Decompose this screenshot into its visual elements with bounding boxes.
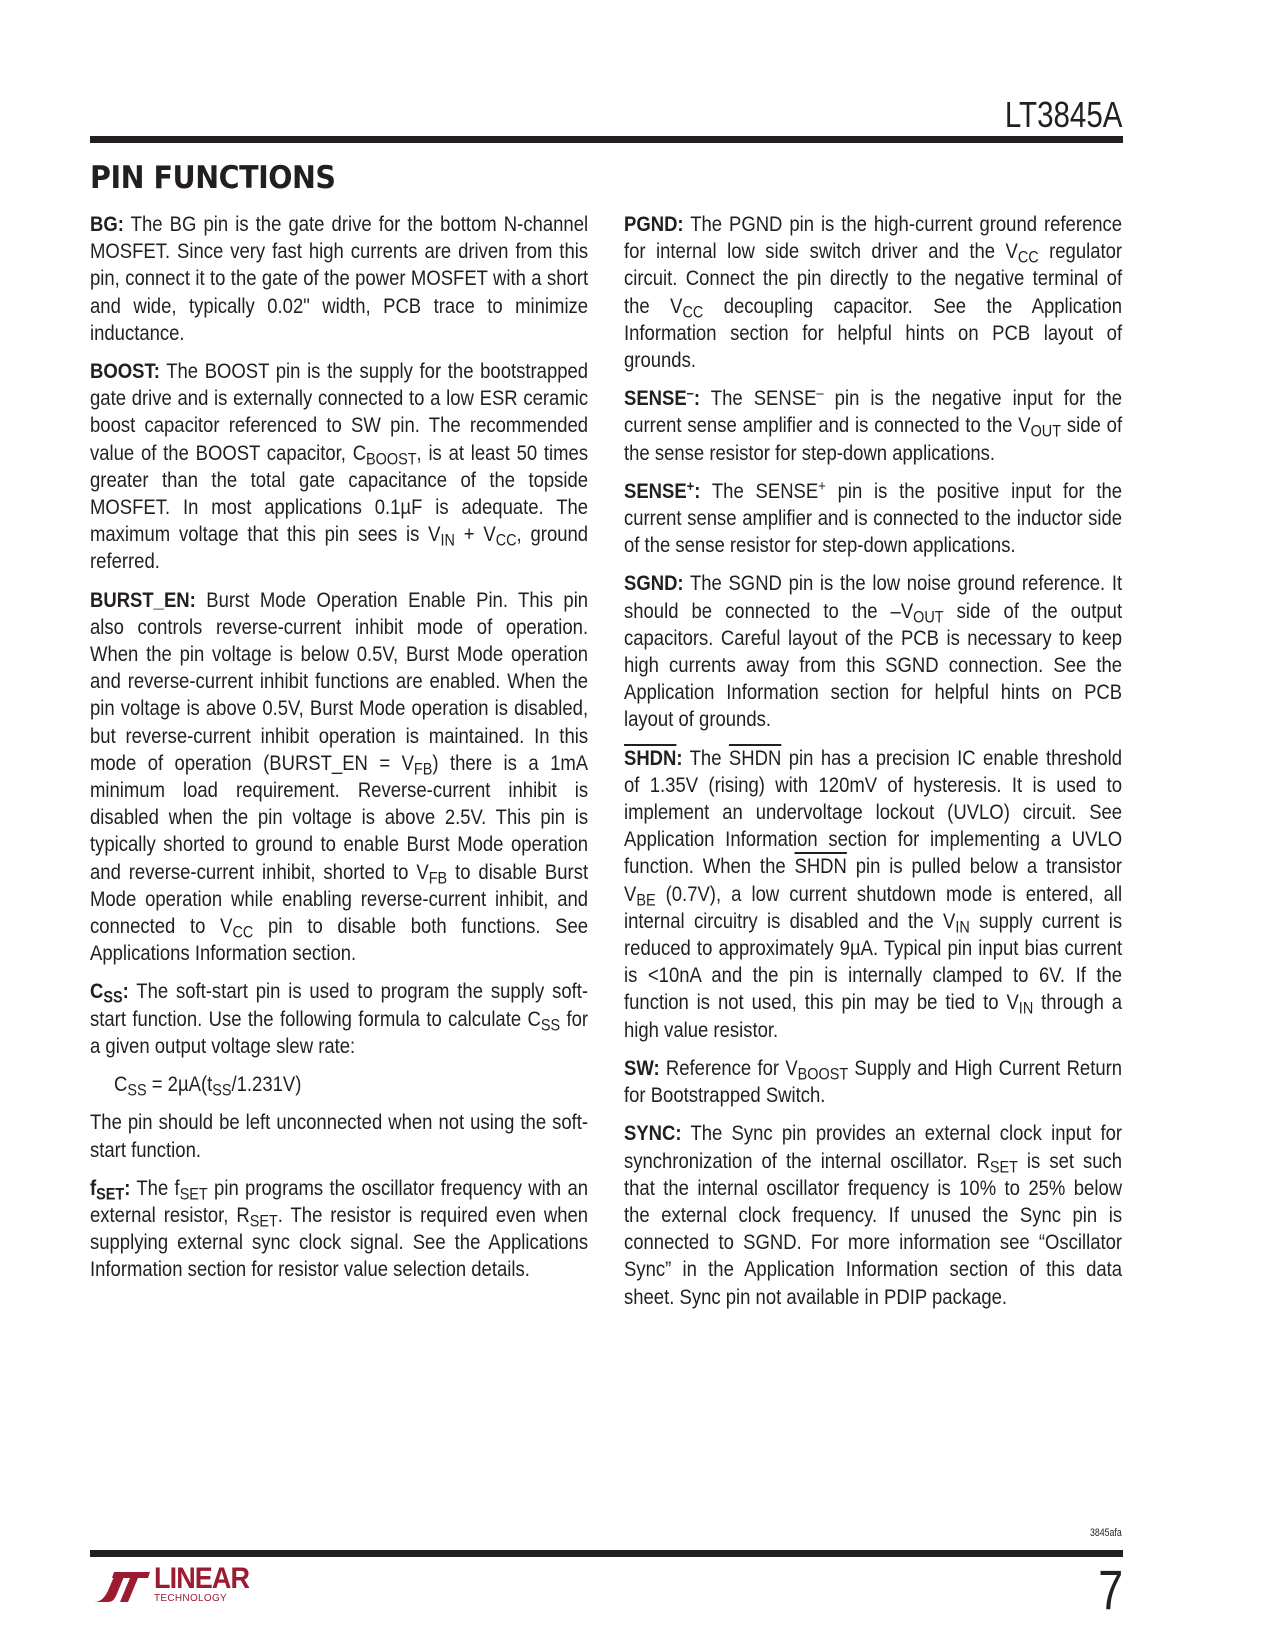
formula-part: C <box>114 1072 127 1096</box>
subscript: FB <box>429 868 447 887</box>
css-formula: CSS = 2µA(tSS/1.231V) <box>114 1071 588 1098</box>
pin-name: BG: <box>90 212 124 236</box>
pin-colon: : <box>676 746 682 770</box>
subscript: CC <box>496 531 517 550</box>
pin-text: Reference for V <box>666 1056 798 1080</box>
subscript: OUT <box>1031 422 1061 441</box>
pin-desc-bg: BG: The BG pin is the gate drive for the… <box>90 211 588 347</box>
subscript: CC <box>232 923 253 942</box>
formula-part: = 2µA(t <box>147 1072 213 1096</box>
pin-text: + V <box>455 522 496 546</box>
left-column: BG: The BG pin is the gate drive for the… <box>90 211 588 1295</box>
pin-text: The f <box>136 1176 179 1200</box>
subscript: SET <box>180 1184 208 1203</box>
header-rule <box>90 136 1123 143</box>
pin-text: The SENSE <box>711 386 817 410</box>
subscript: CC <box>682 302 703 321</box>
pin-name: fSET: <box>90 1176 130 1200</box>
subscript: SS <box>541 1015 560 1034</box>
subscript: IN <box>1019 999 1033 1018</box>
pin-text: The pin should be left unconnected when … <box>90 1110 588 1161</box>
pin-name-main: C <box>90 979 103 1003</box>
subscript: SET <box>990 1157 1018 1176</box>
pin-name: SW: <box>624 1056 660 1080</box>
subscript: BE <box>636 890 655 909</box>
lt-logo-icon <box>92 1566 152 1606</box>
pin-name: CSS: <box>90 979 129 1003</box>
pin-colon: : <box>694 479 700 503</box>
pin-name: PGND: <box>624 212 684 236</box>
pin-name: BOOST: <box>90 359 160 383</box>
pin-desc-sw: SW: Reference for VBOOST Supply and High… <box>624 1055 1122 1109</box>
page-number: 7 <box>1098 1562 1123 1618</box>
pin-desc-sense-minus: SENSE–: The SENSE– pin is the negative i… <box>624 385 1122 467</box>
pin-name: SYNC: <box>624 1121 682 1145</box>
pin-name: SGND: <box>624 571 684 595</box>
pin-text: Burst Mode Operation Enable Pin. This pi… <box>90 588 588 775</box>
pin-text: is set such that the internal oscillator… <box>624 1149 1122 1309</box>
pin-text: The SENSE <box>712 479 818 503</box>
logo-subtitle: TECHNOLOGY <box>154 1594 227 1604</box>
pin-desc-fset: fSET: The fSET pin programs the oscillat… <box>90 1175 588 1284</box>
document-id: 3845afa <box>1090 1527 1122 1539</box>
subscript: IN <box>955 918 969 937</box>
overlined-text: SHDN <box>729 746 781 770</box>
subscript: SS <box>103 988 122 1007</box>
logo-wordmark: LINEAR <box>154 1564 249 1594</box>
subscript: BOOST <box>366 449 416 468</box>
pin-name: SENSE+: <box>624 479 700 503</box>
pin-text: The BG pin is the gate drive for the bot… <box>90 212 588 345</box>
pin-desc-boost: BOOST: The BOOST pin is the supply for t… <box>90 358 588 576</box>
formula-part: /1.231V) <box>231 1072 301 1096</box>
superscript: + <box>687 478 695 495</box>
pin-colon: : <box>123 979 129 1003</box>
subscript: SET <box>250 1212 278 1231</box>
superscript: + <box>818 478 826 495</box>
subscript: CC <box>1018 248 1039 267</box>
subscript: SS <box>212 1081 231 1100</box>
pin-text: The soft-start pin is used to program th… <box>90 979 588 1030</box>
pin-name: SENSE–: <box>624 386 700 410</box>
pin-desc-sync: SYNC: The Sync pin provides an external … <box>624 1120 1122 1310</box>
pin-desc-css: CSS: The soft-start pin is used to progr… <box>90 978 588 1060</box>
pin-name-main: SHDN <box>624 746 676 770</box>
pin-desc-sgnd: SGND: The SGND pin is the low noise grou… <box>624 570 1122 733</box>
subscript: FB <box>414 760 432 779</box>
pin-name: SHDN: <box>624 746 683 770</box>
part-number: LT3845A <box>1004 94 1122 136</box>
pin-desc-shdn: SHDN: The SHDN pin has a precision IC en… <box>624 745 1122 1044</box>
subscript: SS <box>127 1081 146 1100</box>
pin-desc-pgnd: PGND: The PGND pin is the high-current g… <box>624 211 1122 374</box>
pin-name: BURST_EN: <box>90 588 196 612</box>
section-title: PIN FUNCTIONS <box>90 160 335 196</box>
subscript: SET <box>96 1184 124 1203</box>
pin-name-main: SENSE <box>624 386 687 410</box>
overlined-text: SHDN <box>794 854 846 878</box>
pin-name-main: SENSE <box>624 479 687 503</box>
subscript: IN <box>441 531 455 550</box>
subscript: BOOST <box>798 1065 848 1084</box>
linear-technology-logo: LINEAR TECHNOLOGY <box>92 1564 252 1608</box>
pin-colon: : <box>124 1176 130 1200</box>
right-column: PGND: The PGND pin is the high-current g… <box>624 211 1122 1322</box>
footer-rule <box>90 1550 1123 1557</box>
pin-desc-burst-en: BURST_EN: Burst Mode Operation Enable Pi… <box>90 587 588 968</box>
pin-text: The <box>690 746 729 770</box>
pin-desc-sense-plus: SENSE+: The SENSE+ pin is the positive i… <box>624 478 1122 560</box>
subscript: OUT <box>913 607 943 626</box>
css-note: The pin should be left unconnected when … <box>90 1109 588 1163</box>
pin-colon: : <box>694 386 700 410</box>
